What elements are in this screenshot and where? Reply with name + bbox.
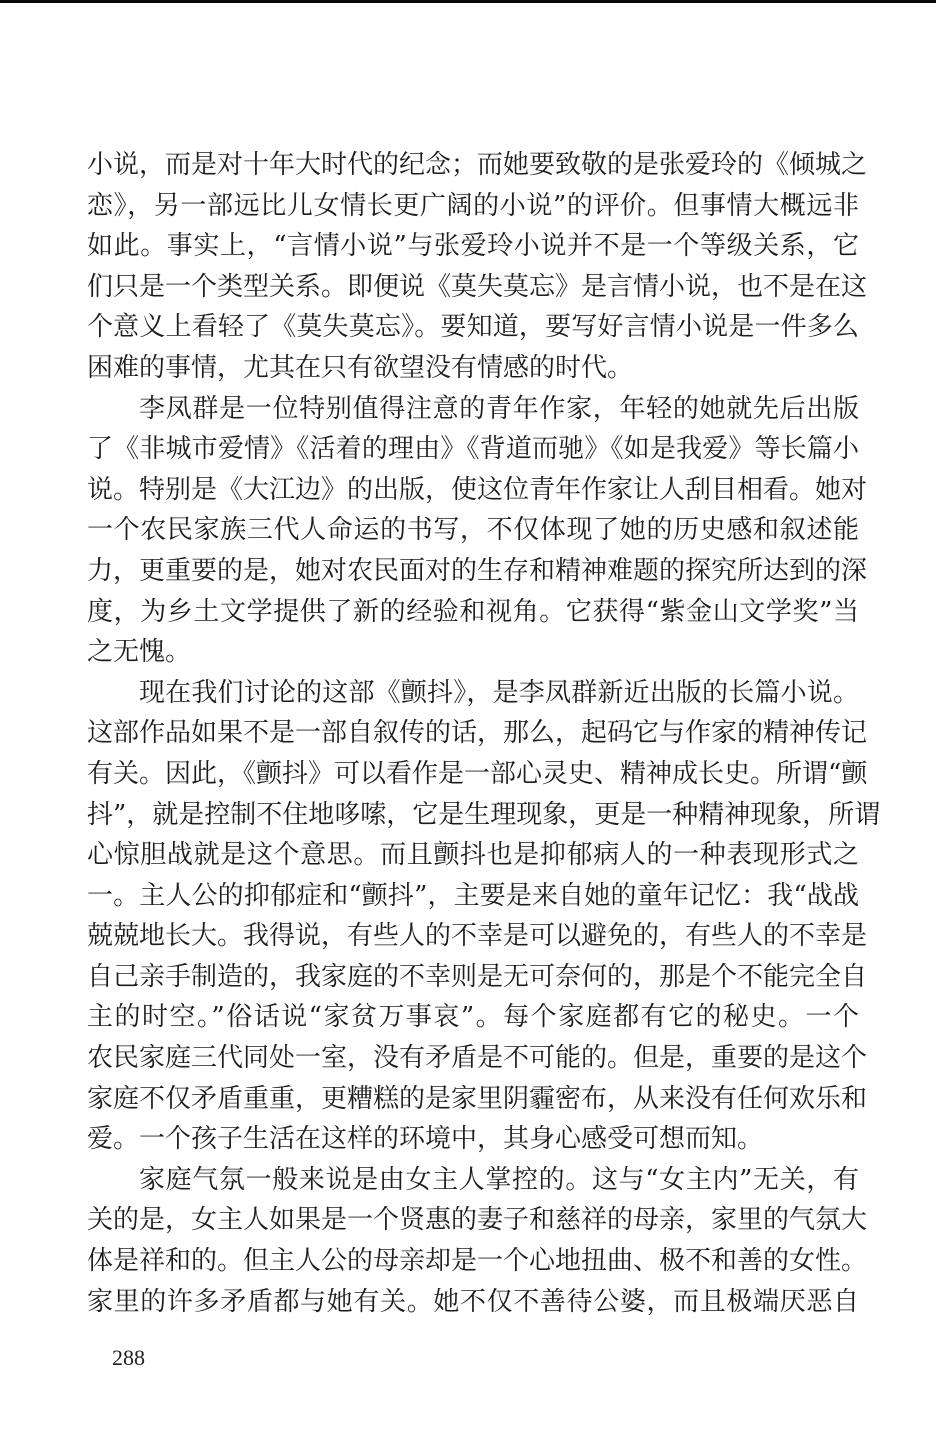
text-line: 家里的许多矛盾都与她有关。她不仅不善待公婆，而且极端厌恶自 xyxy=(87,1282,859,1323)
text-line: 主的时空。”俗话说“家贫万事哀”。每个家庭都有它的秘史。一个 xyxy=(87,997,859,1038)
text-line: 抖”，就是控制不住地哆嗦，它是生理现象，更是一种精神现象，所谓 xyxy=(87,795,859,836)
text-line: 有关。因此，《颤抖》可以看作是一部心灵史、精神成长史。所谓“颤 xyxy=(87,754,859,795)
text-line: 恋》，另一部远比儿女情长更广阔的小说”的评价。但事情大概远非 xyxy=(87,186,859,227)
text-line: 一个农民家族三代人命运的书写，不仅体现了她的历史感和叙述能 xyxy=(87,510,859,551)
paragraph: 家庭气氛一般来说是由女主人掌控的。这与“女主内”无关，有 关的是，女主人如果是一… xyxy=(87,1160,859,1322)
text-line: 现在我们讨论的这部《颤抖》，是李凤群新近出版的长篇小说。 xyxy=(87,673,859,714)
page-body-text: 小说，而是对十年大时代的纪念；而她要致敬的是张爱玲的《倾城之 恋》，另一部远比儿… xyxy=(87,145,859,1322)
text-line: 农民家庭三代同处一室，没有矛盾是不可能的。但是，重要的是这个 xyxy=(87,1038,859,1079)
text-line: 家庭气氛一般来说是由女主人掌控的。这与“女主内”无关，有 xyxy=(87,1160,859,1201)
text-line: 自己亲手制造的，我家庭的不幸则是无可奈何的，那是个不能完全自 xyxy=(87,957,859,998)
text-line: 力，更重要的是，她对农民面对的生存和精神难题的探究所达到的深 xyxy=(87,551,859,592)
text-line: 度，为乡土文学提供了新的经验和视角。它获得“紫金山文学奖”当 xyxy=(87,592,859,633)
text-line: 困难的事情，尤其在只有欲望没有情感的时代。 xyxy=(87,348,859,389)
text-line: 这部作品如果不是一部自叙传的话，那么，起码它与作家的精神传记 xyxy=(87,713,859,754)
text-line: 家庭不仅矛盾重重，更糟糕的是家里阴霾密布，从来没有任何欢乐和 xyxy=(87,1079,859,1120)
paragraph: 李凤群是一位特别值得注意的青年作家，年轻的她就先后出版 了《非城市爱情》《活着的… xyxy=(87,389,859,673)
paragraph: 小说，而是对十年大时代的纪念；而她要致敬的是张爱玲的《倾城之 恋》，另一部远比儿… xyxy=(87,145,859,389)
text-line: 如此。事实上，“言情小说”与张爱玲小说并不是一个等级关系，它 xyxy=(87,226,859,267)
text-line: 一。主人公的抑郁症和“颤抖”，主要是来自她的童年记忆：我“战战 xyxy=(87,876,859,917)
paragraph: 现在我们讨论的这部《颤抖》，是李凤群新近出版的长篇小说。 这部作品如果不是一部自… xyxy=(87,673,859,1160)
text-line: 小说，而是对十年大时代的纪念；而她要致敬的是张爱玲的《倾城之 xyxy=(87,145,859,186)
text-line: 体是祥和的。但主人公的母亲却是一个心地扭曲、极不和善的女性。 xyxy=(87,1241,859,1282)
text-line: 之无愧。 xyxy=(87,632,859,673)
text-line: 爱。一个孩子生活在这样的环境中，其身心感受可想而知。 xyxy=(87,1119,859,1160)
text-line: 李凤群是一位特别值得注意的青年作家，年轻的她就先后出版 xyxy=(87,389,859,430)
text-line: 了《非城市爱情》《活着的理由》《背道而驰》《如是我爱》等长篇小 xyxy=(87,429,859,470)
scan-top-border xyxy=(0,0,936,3)
text-line: 们只是一个类型关系。即便说《莫失莫忘》是言情小说，也不是在这 xyxy=(87,267,859,308)
text-line: 个意义上看轻了《莫失莫忘》。要知道，要写好言情小说是一件多么 xyxy=(87,307,859,348)
text-line: 说。特别是《大江边》的出版，使这位青年作家让人刮目相看。她对 xyxy=(87,470,859,511)
text-line: 心惊胆战就是这个意思。而且颤抖也是抑郁病人的一种表现形式之 xyxy=(87,835,859,876)
page-number: 288 xyxy=(112,1345,145,1371)
text-line: 关的是，女主人如果是一个贤惠的妻子和慈祥的母亲，家里的气氛大 xyxy=(87,1200,859,1241)
text-line: 兢兢地长大。我得说，有些人的不幸是可以避免的，有些人的不幸是 xyxy=(87,916,859,957)
